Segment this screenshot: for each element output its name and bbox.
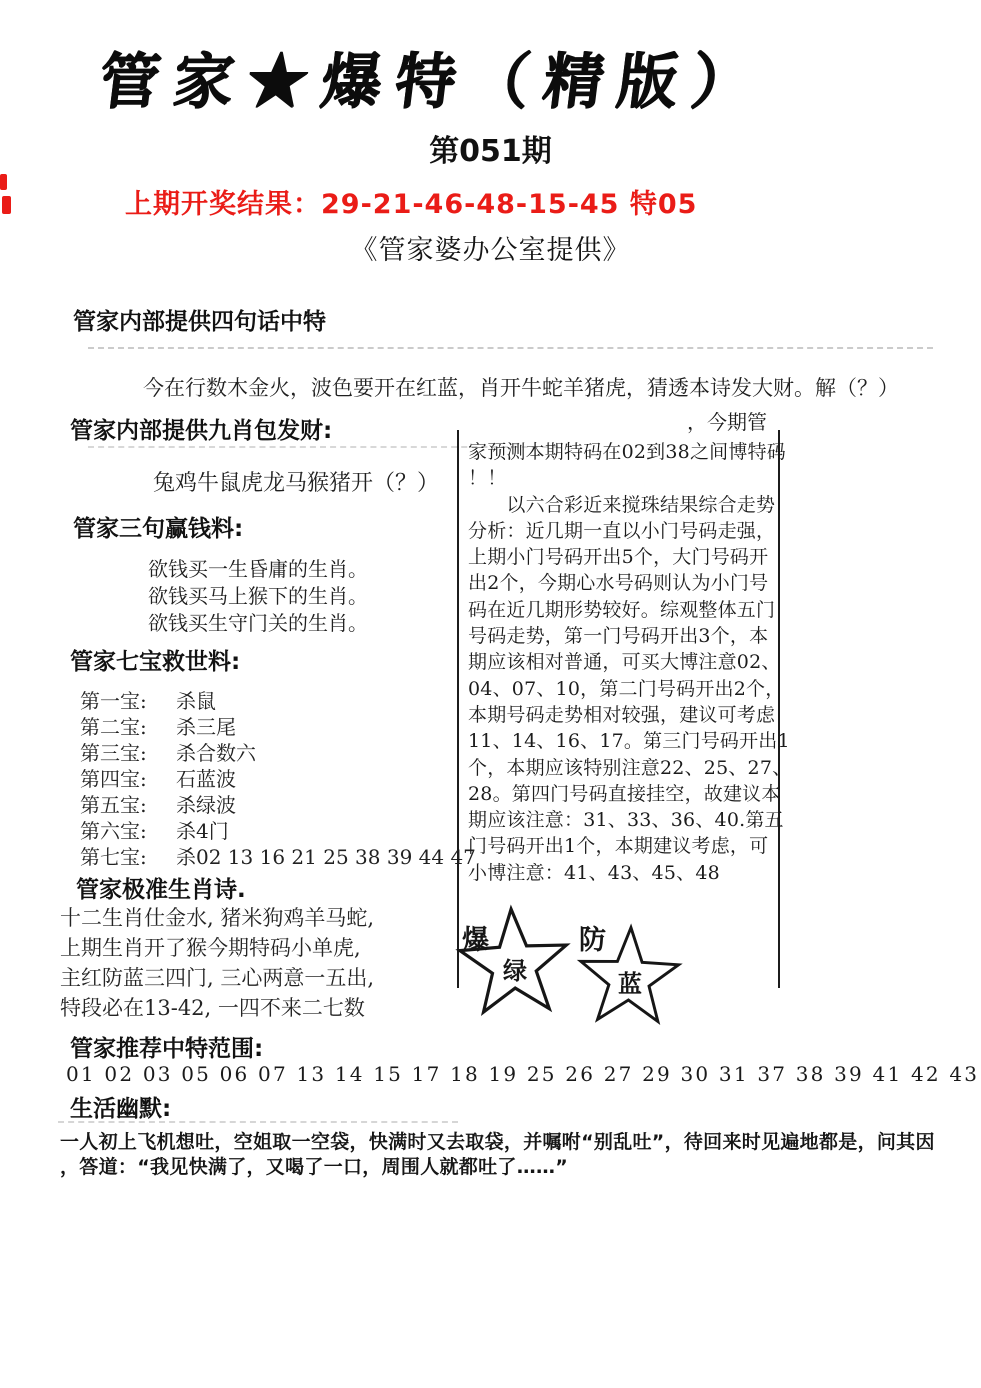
treasure-value: 杀02 13 16 21 25 38 39 44 47 bbox=[176, 841, 476, 870]
treasure-row: 第五宝: 杀绿波 bbox=[80, 789, 236, 818]
analysis-line: 期应该相对普通，可买大博注意02、 bbox=[468, 649, 773, 675]
star-label-bao: 爆 bbox=[462, 918, 489, 957]
analysis-line: 以六合彩近来搅珠结果综合走势 bbox=[468, 492, 773, 518]
analysis-line: 号码走势，第一门号码开出3个，本 bbox=[468, 623, 773, 649]
analysis-line: 门号码开出1个，本期建议考虑，可 bbox=[468, 833, 773, 859]
treasure-row: 第六宝: 杀4门 bbox=[80, 815, 229, 844]
treasure-label: 第一宝: bbox=[80, 685, 176, 714]
analysis-line: 码在近几期形势较好。综观整体五门 bbox=[468, 597, 773, 623]
zodiac-poem-line: 十二生肖仕金水, 猪米狗鸡羊马蛇, bbox=[60, 903, 374, 933]
analysis-line: 个，本期应该特别注意22、25、27、 bbox=[468, 755, 773, 781]
heading-humor: 生活幽默: bbox=[70, 1090, 171, 1123]
analysis-line: 本期号码走势相对较强，建议可考虑 bbox=[468, 702, 773, 728]
analysis-line: 28。第四门号码直接挂空，故建议本 bbox=[468, 781, 773, 807]
heading-zodiac-poem: 管家极准生肖诗. bbox=[76, 871, 246, 904]
money-line: 欲钱买生守门关的生肖。 bbox=[148, 607, 368, 636]
treasure-row: 第四宝: 石蓝波 bbox=[80, 763, 236, 792]
analysis-box: 家预测本期特码在02到38之间博特码 ！！ 以六合彩近来搅珠结果综合走势 分析：… bbox=[457, 430, 780, 988]
treasure-value: 杀绿波 bbox=[176, 789, 236, 818]
recommend-numbers: 01 02 03 05 06 07 13 14 15 17 18 19 25 2… bbox=[66, 1062, 981, 1086]
treasure-value: 石蓝波 bbox=[176, 763, 236, 792]
tip-sheet-page: 管家★爆特（精版） 第051期 上期开奖结果：29-21-46-48-15-45… bbox=[0, 0, 981, 1388]
zodiac-poem-line: 主红防蓝三四门, 三心两意一五出, bbox=[60, 963, 374, 993]
divider-dashed bbox=[58, 1121, 458, 1123]
analysis-line: 小博注意：41、43、45、48 bbox=[468, 860, 773, 886]
analysis-line: 家预测本期特码在02到38之间博特码 bbox=[468, 439, 773, 465]
analysis-line: 期应该注意：31、33、36、40.第五 bbox=[468, 807, 773, 833]
provider-line: 《管家婆办公室提供》 bbox=[0, 228, 981, 267]
heading-seven-treasures: 管家七宝救世料: bbox=[70, 643, 240, 676]
treasure-label: 第六宝: bbox=[80, 815, 176, 844]
analysis-line: 上期小门号码开出5个，大门号码开 bbox=[468, 544, 773, 570]
treasure-label: 第二宝: bbox=[80, 711, 176, 740]
zodiac-poem-line: 上期生肖开了猴今期特码小单虎, bbox=[60, 933, 361, 963]
analysis-line: 04、07、10，第二门号码开出2个， bbox=[468, 676, 773, 702]
nine-zodiac-line: 兔鸡牛鼠虎龙马猴猪开（？） bbox=[153, 466, 439, 497]
last-draw-result: 上期开奖结果：29-21-46-48-15-45 特05 bbox=[125, 182, 697, 221]
analysis-line: ！！ bbox=[468, 465, 773, 491]
treasure-label: 第五宝: bbox=[80, 789, 176, 818]
issue-number: 第051期 bbox=[0, 126, 981, 170]
treasure-label: 第七宝: bbox=[80, 841, 176, 870]
analysis-line: 11、14、16、17。第三门号码开出1 bbox=[468, 728, 773, 754]
money-line: 欲钱买一生昏庸的生肖。 bbox=[148, 553, 368, 582]
heading-nine-zodiac: 管家内部提供九肖包发财: bbox=[70, 412, 332, 445]
money-line: 欲钱买马上猴下的生肖。 bbox=[148, 580, 368, 609]
heading-three-lines: 管家三句赢钱料: bbox=[73, 510, 243, 543]
red-edge-mark bbox=[2, 196, 11, 214]
analysis-line: 出2个，今期心水号码则认为小门号 bbox=[468, 570, 773, 596]
treasure-value: 杀三尾 bbox=[176, 711, 236, 740]
treasure-value: 杀鼠 bbox=[176, 685, 216, 714]
red-edge-mark bbox=[0, 174, 7, 190]
divider-dashed bbox=[88, 347, 933, 349]
analysis-line: 分析：近几期一直以小门号码走强， bbox=[468, 518, 773, 544]
star-inner-blue: 蓝 bbox=[618, 964, 642, 999]
star-inner-green: 绿 bbox=[503, 951, 527, 986]
humor-line: 一人初上飞机想吐，空姐取一空袋，快满时又去取袋，并嘱咐“别乱吐”，待回来时见遍地… bbox=[60, 1127, 935, 1154]
page-title: 管家★爆特（精版） bbox=[95, 34, 772, 120]
heading-four-lines: 管家内部提供四句话中特 bbox=[73, 303, 326, 336]
heading-recommend-range: 管家推荐中特范围: bbox=[70, 1030, 263, 1063]
treasure-row: 第七宝: 杀02 13 16 21 25 38 39 44 47 bbox=[80, 841, 476, 870]
treasure-value: 杀合数六 bbox=[176, 737, 256, 766]
zodiac-poem-line: 特段必在13-42, 一四不来二七数 bbox=[60, 993, 365, 1023]
treasure-label: 第三宝: bbox=[80, 737, 176, 766]
star-label-fang: 防 bbox=[579, 918, 606, 957]
treasure-row: 第三宝: 杀合数六 bbox=[80, 737, 256, 766]
four-lines-poem: 今在行数木金火，波色要开在红蓝，肖开牛蛇羊猪虎，猜透本诗发大财。解（？） bbox=[143, 372, 899, 402]
treasure-row: 第一宝: 杀鼠 bbox=[80, 685, 216, 714]
treasure-label: 第四宝: bbox=[80, 763, 176, 792]
treasure-row: 第二宝: 杀三尾 bbox=[80, 711, 236, 740]
humor-line: ，答道：“我见快满了，又喝了一口，周围人就都吐了……” bbox=[60, 1152, 568, 1179]
treasure-value: 杀4门 bbox=[176, 815, 229, 844]
